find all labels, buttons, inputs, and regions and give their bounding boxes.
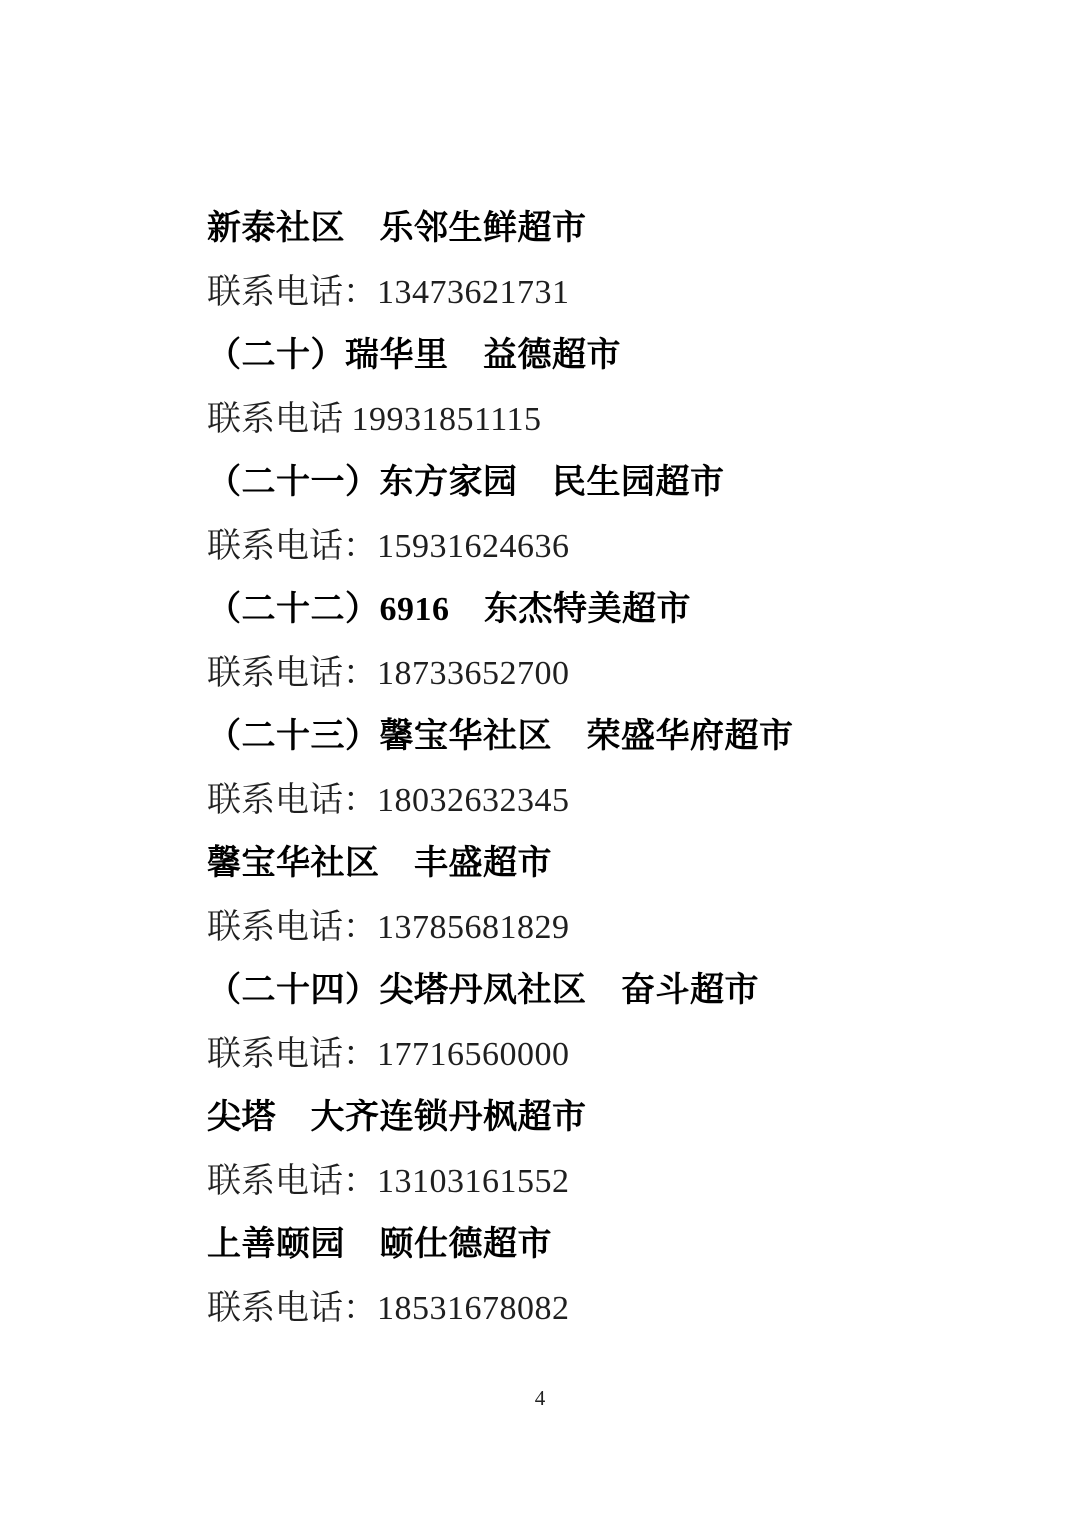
phone-number: 18733652700: [377, 655, 570, 692]
phone-number: 19931851115: [352, 401, 542, 438]
contact-phone-line: 联系电话：15931624636: [207, 515, 927, 579]
phone-number: 18032632345: [377, 782, 570, 819]
contact-phone-line: 联系电话 19931851115: [207, 388, 927, 452]
phone-label: 联系电话: [207, 401, 352, 438]
contact-phone-line: 联系电话：13785681829: [207, 896, 927, 960]
phone-label: 联系电话：: [207, 1290, 377, 1327]
listing-heading: 馨宝华社区 丰盛超市: [207, 832, 927, 896]
contact-phone-line: 联系电话：18733652700: [207, 642, 927, 706]
phone-label: 联系电话：: [207, 1036, 377, 1073]
listing-heading: （二十四）尖塔丹凤社区 奋斗超市: [207, 959, 927, 1023]
phone-number: 15931624636: [377, 528, 570, 565]
phone-label: 联系电话：: [207, 1163, 377, 1200]
listing-heading: 新泰社区 乐邻生鲜超市: [207, 197, 927, 261]
phone-label: 联系电话：: [207, 909, 377, 946]
phone-label: 联系电话：: [207, 528, 377, 565]
listing-heading: 尖塔 大齐连锁丹枫超市: [207, 1086, 927, 1150]
document-page: 新泰社区 乐邻生鲜超市 联系电话：13473621731 （二十）瑞华里 益德超…: [0, 0, 1080, 1527]
phone-number: 17716560000: [377, 1036, 570, 1073]
phone-number: 13473621731: [377, 274, 570, 311]
listing-heading: （二十）瑞华里 益德超市: [207, 324, 927, 388]
phone-number: 13103161552: [377, 1163, 570, 1200]
contact-phone-line: 联系电话：18032632345: [207, 769, 927, 833]
listing-heading: （二十二）6916 东杰特美超市: [207, 578, 927, 642]
listing-content: 新泰社区 乐邻生鲜超市 联系电话：13473621731 （二十）瑞华里 益德超…: [207, 197, 927, 1340]
contact-phone-line: 联系电话：18531678082: [207, 1277, 927, 1341]
phone-label: 联系电话：: [207, 274, 377, 311]
phone-number: 18531678082: [377, 1290, 570, 1327]
listing-heading: 上善颐园 颐仕德超市: [207, 1213, 927, 1277]
phone-label: 联系电话：: [207, 782, 377, 819]
phone-label: 联系电话：: [207, 655, 377, 692]
contact-phone-line: 联系电话：13473621731: [207, 261, 927, 325]
contact-phone-line: 联系电话：17716560000: [207, 1023, 927, 1087]
page-number: 4: [0, 1386, 1080, 1411]
listing-heading: （二十三）馨宝华社区 荣盛华府超市: [207, 705, 927, 769]
contact-phone-line: 联系电话：13103161552: [207, 1150, 927, 1214]
listing-heading: （二十一）东方家园 民生园超市: [207, 451, 927, 515]
phone-number: 13785681829: [377, 909, 570, 946]
